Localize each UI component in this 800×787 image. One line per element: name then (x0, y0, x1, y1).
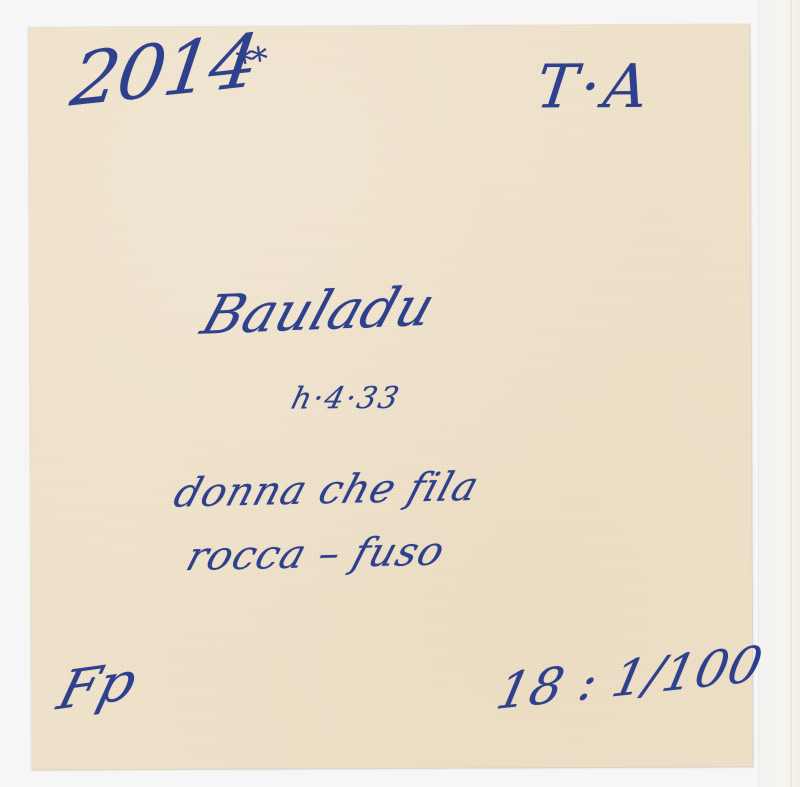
background-sheet-edge (790, 0, 792, 787)
series-code: T·A (527, 57, 661, 118)
handwritten-card: 2014 ** T·A Bauladu h·4·33 donna che fil… (28, 24, 752, 769)
background-sheet (758, 0, 800, 787)
format-ratio: 18 : 1/100 (492, 639, 766, 717)
catalog-star-marks: ** (234, 43, 269, 81)
catalog-number: 2014 (67, 24, 261, 117)
place-name: Bauladu (196, 280, 442, 343)
subject-description-line-2: rocca – fuso (182, 532, 450, 578)
photographer-initials: Fp (53, 654, 142, 718)
subject-description-line-1: donna che fila (170, 467, 484, 514)
date: h·4·33 (288, 384, 403, 415)
